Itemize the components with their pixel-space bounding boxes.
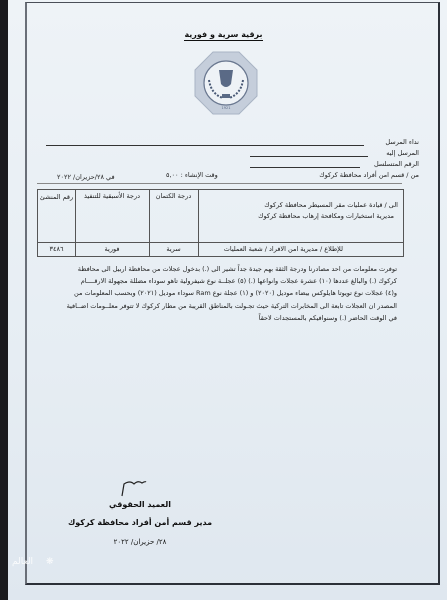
body-line: في الوقت الحاضر (.) وسنوافيكم بالمستجدات… [45,312,397,324]
col-divider [198,190,199,256]
value-secrecy: سرية [149,245,198,253]
serial-number-line [250,167,360,168]
signatory-title: مدير قسم أمن أفراد محافظة كركوك [60,518,220,527]
signature-scribble-icon [118,478,148,498]
value-outgoing-number: ٣٤٨٦ [38,245,75,253]
message-body: توفرت معلومات من احد مصادرنا ودرجة الثقة… [45,263,397,324]
body-line: و(٤) عجلات نوع تويوتا هايلوكس بيضاء مودي… [45,287,397,299]
channel-watermark: العالم ❋ [12,557,53,567]
body-line: المصدر ان العجلات تابعة الى المخابرات ال… [45,300,397,312]
channel-logo-icon: ❋ [46,557,54,567]
recipient-line [250,156,368,157]
signatory-name: العميد الحقوقي [60,500,220,509]
value-priority: فورية [75,245,149,253]
title-text: برقية سرية و فورية [184,30,262,41]
creation-time-text: وقت الإنشاء : ٥,٠٠ [166,171,218,179]
row-divider [38,242,403,243]
header-divider [37,183,402,184]
routing-table: رقم المنشئ درجة الأسبقية للتنفيذ درجة ال… [37,189,404,257]
serial-number-field: الرقم المتسلسل [374,160,419,168]
recipient-label: المرسل إليه [386,149,419,157]
document-date: في ٢٨/حزيران/ ٢٠٢٢ [57,173,115,181]
body-line: توفرت معلومات من احد مصادرنا ودرجة الثقة… [45,263,397,275]
cc-line: للإطلاع / مديرية امن الافراد / شعبة العم… [203,245,343,253]
to-line-2: مديرية استخبارات ومكافحة إرهاب محافظة كر… [208,211,398,222]
sender-call-line [46,145,364,146]
sender-call-field: نداء المرسل [385,138,419,146]
header-secrecy: درجة الكتمان [149,192,198,200]
recipient-field: المرسل إليه [386,149,419,157]
to-addressees: الى / قيادة عمليات مقر المسيطر محافظة كر… [208,200,398,222]
from-label: من / قسم امن أفراد محافظة كركوك [319,171,419,179]
signature-date: ٢٨/ حزيران/ ٢٠٢٢ [60,538,220,546]
to-line-1: الى / قيادة عمليات مقر المسيطر محافظة كر… [208,200,398,211]
serial-number-label: الرقم المتسلسل [374,160,419,168]
from-field: من / قسم امن أفراد محافظة كركوك [319,171,419,179]
header-outgoing-number: رقم المنشئ [38,192,75,202]
svg-text:1921: 1921 [222,106,231,110]
sender-call-label: نداء المرسل [385,138,419,146]
classification-title: برقية سرية و فورية [0,30,447,39]
document-date-text: في ٢٨/حزيران/ ٢٠٢٢ [57,173,115,181]
header-priority: درجة الأسبقية للتنفيذ [75,192,149,200]
iraqi-police-emblem-icon: 1921 [193,50,259,116]
body-line: كركوك (.) والبالغ عددها (١٠) عشرة عجلات … [45,275,397,287]
creation-time: وقت الإنشاء : ٥,٠٠ [166,171,218,179]
watermark-text: العالم [12,557,33,567]
